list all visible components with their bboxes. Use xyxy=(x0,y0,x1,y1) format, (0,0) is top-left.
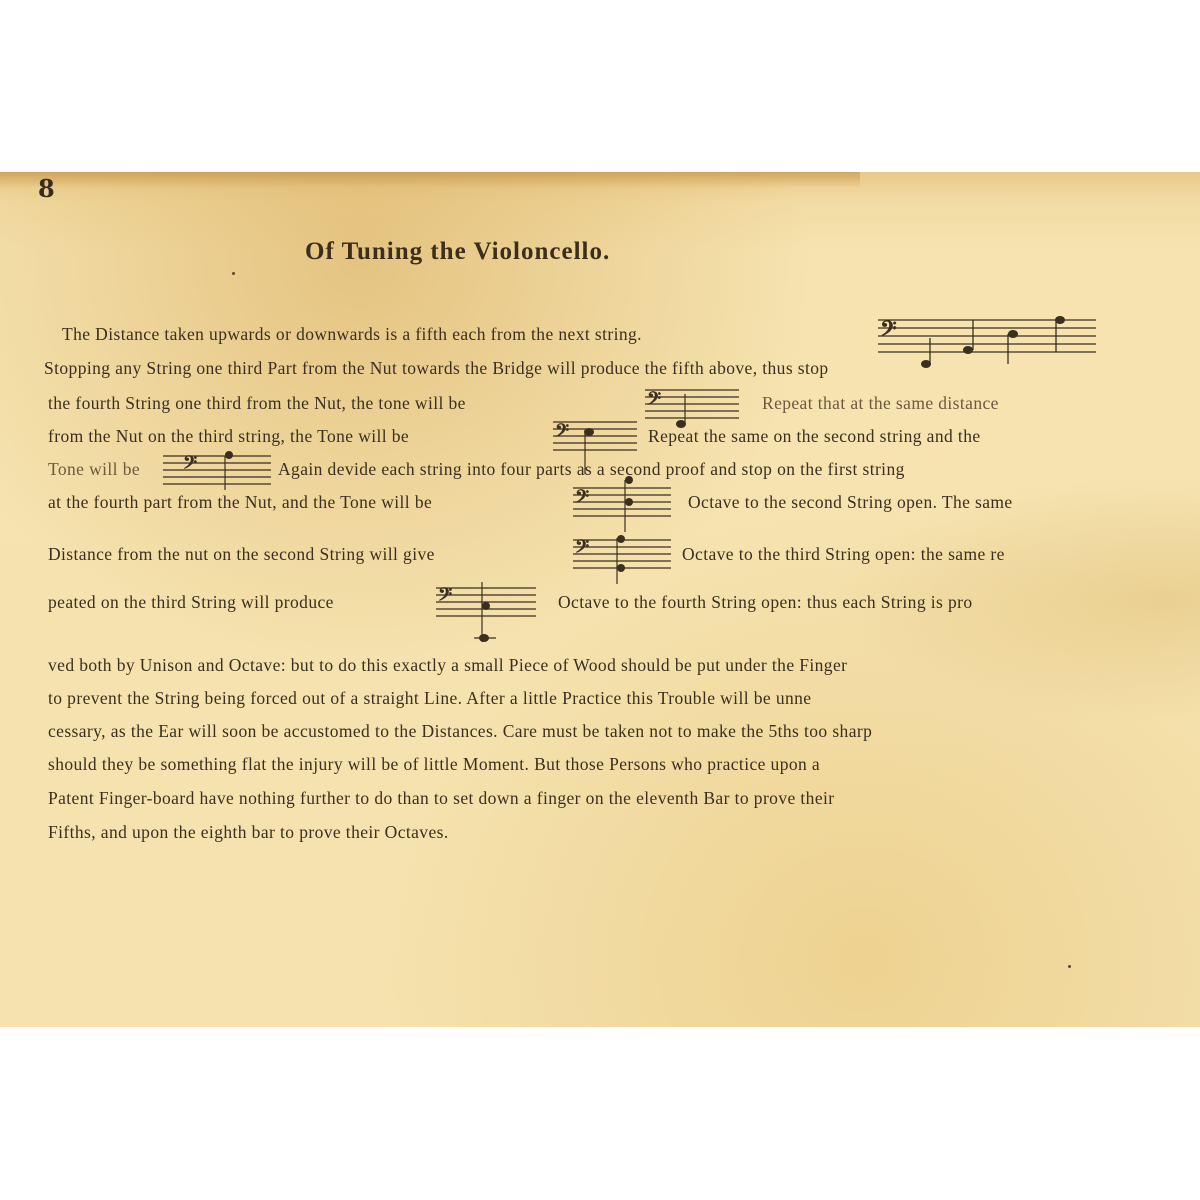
svg-text:𝄢: 𝄢 xyxy=(183,452,198,478)
text-line: from the Nut on the third string, the To… xyxy=(48,426,409,447)
music-example-fourth-string: 𝄢 xyxy=(645,386,740,428)
text-line: to prevent the String being forced out o… xyxy=(48,688,811,709)
text-line: Repeat the same on the second string and… xyxy=(648,426,981,447)
text-line: Patent Finger-board have nothing further… xyxy=(48,788,834,809)
page-title: Of Tuning the Violoncello. xyxy=(305,238,610,266)
text-line: Octave to the third String open: the sam… xyxy=(682,544,1005,565)
text-line: should they be something flat the injury… xyxy=(48,754,820,775)
ink-speck xyxy=(1068,965,1071,968)
text-line: Fifths, and upon the eighth bar to prove… xyxy=(48,822,449,843)
text-line: peated on the third String will produce xyxy=(48,592,334,613)
text-line: Tone will be xyxy=(48,459,140,480)
text-line: Octave to the fourth String open: thus e… xyxy=(558,592,973,613)
text-line: the fourth String one third from the Nut… xyxy=(48,393,466,414)
music-example-octave-fourth: 𝄢 xyxy=(436,582,538,644)
music-example-second-string: 𝄢 xyxy=(163,450,273,492)
music-example-octave-second: 𝄢 xyxy=(573,474,673,534)
text-line: Stopping any String one third Part from … xyxy=(44,358,829,379)
text-line: cessary, as the Ear will soon be accusto… xyxy=(48,721,872,742)
text-line: Repeat that at the same distance xyxy=(762,393,999,414)
text-line: Octave to the second String open. The sa… xyxy=(688,492,1013,513)
text-line: at the fourth part from the Nut, and the… xyxy=(48,492,432,513)
text-line: Distance from the nut on the second Stri… xyxy=(48,544,435,565)
svg-text:𝄢: 𝄢 xyxy=(555,420,570,446)
svg-text:𝄢: 𝄢 xyxy=(647,388,662,414)
svg-text:𝄢: 𝄢 xyxy=(575,536,590,562)
music-example-open-strings: 𝄢 xyxy=(878,312,1098,368)
ink-speck xyxy=(232,272,235,275)
svg-text:𝄢: 𝄢 xyxy=(438,584,453,610)
book-page: 8 Of Tuning the Violoncello. The Distanc… xyxy=(0,172,1200,1027)
svg-text:𝄢: 𝄢 xyxy=(880,317,897,347)
music-example-octave-third: 𝄢 xyxy=(573,534,673,584)
text-line: ved both by Unison and Octave: but to do… xyxy=(48,655,847,676)
page-number: 8 xyxy=(38,174,55,203)
text-line: The Distance taken upwards or downwards … xyxy=(62,324,642,345)
svg-text:𝄢: 𝄢 xyxy=(575,486,590,512)
